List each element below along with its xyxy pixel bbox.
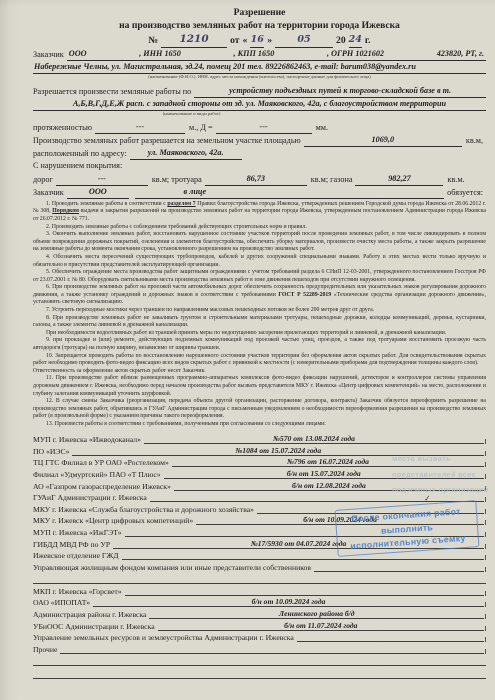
customer-kpp: , КПП 1650 <box>234 48 275 60</box>
item1-text3: выдачи и закрытия разрешений на производ… <box>33 208 486 222</box>
line-end-tick <box>484 532 486 537</box>
document-title-line1: Разрешение <box>33 7 486 20</box>
obligation-item-11: 11. При производстве работ вблизи размещ… <box>33 375 486 398</box>
approval-org-label: ТЦ ГТС Филиал в УР ОАО «Ростелеком» <box>33 458 172 467</box>
document-title-line2: на производство земляных работ на террит… <box>33 20 486 33</box>
address-value: ул. Маяковского, 42а. <box>130 147 242 160</box>
line-end-tick <box>484 591 486 596</box>
approval-org-label: ГИБДД МВД РФ по УР <box>33 540 113 549</box>
line-end-tick <box>484 626 486 631</box>
from-word: от <box>230 33 239 48</box>
address-line: расположенный по адресу: ул. Маяковского… <box>33 147 486 160</box>
approval-row: УБиООС Администрации г. Ижевскаб/н от 11… <box>33 619 486 631</box>
approval-row: МКП г. Ижевска «Горсвет» <box>33 584 486 596</box>
works-description-line2: А,Б,В,Г,Д,Е,Ж расп. с западной стороны о… <box>33 98 486 111</box>
length-label: протяженностью <box>33 122 95 134</box>
permit-year-value: 24 <box>349 32 362 48</box>
approval-org-label: Администрация района г. Ижевска <box>33 610 149 619</box>
obligation-item-13: 13. Произвести работы в соответствии с т… <box>33 421 486 429</box>
diameter-value: --- <box>216 121 312 134</box>
obligation-item-12: 12. В случае смены Заказчика (реорганиза… <box>33 398 486 421</box>
faint-stamp: место вызвать представителей всех подзем… <box>392 451 495 498</box>
handwritten-checkmark: ✓ <box>423 494 431 504</box>
obligation-in-person: в лице <box>135 186 255 199</box>
approval-row: Прочие <box>33 642 486 654</box>
line-end-tick <box>484 439 486 444</box>
approval-org-label: УБиООС Администрации г. Ижевска <box>33 622 158 631</box>
works-intro: Разрешается произвести земляные работы п… <box>33 86 194 98</box>
obligation-blank-fill <box>255 198 444 199</box>
faint-stamp-line2: представителей всех <box>392 467 495 483</box>
line-end-tick <box>484 509 486 514</box>
line-end-tick <box>484 614 486 619</box>
line-end-tick <box>484 520 486 525</box>
area-unit: кв.м, <box>462 135 486 147</box>
diameter-unit: мм. <box>312 122 331 134</box>
customer-inn: , ИНН 1650 <box>139 48 181 60</box>
address-label: расположенный по адресу: <box>33 148 130 160</box>
customer-line2: Набережные Челны, ул. Магистральная, зд.… <box>33 61 486 74</box>
ruled-line <box>33 654 486 667</box>
permit-month-value: 05 <box>275 32 333 48</box>
obligation-obliges: обязуется: <box>444 187 486 199</box>
approval-row: Управление земельных ресурсов и землеуст… <box>33 631 486 643</box>
approval-org-label: МКУ г. Ижевск «Центр цифровых компетенци… <box>33 516 196 525</box>
line-end-tick <box>484 555 486 560</box>
line-end-tick <box>484 544 486 549</box>
approval-org-label: МКП г. Ижевска «Горсвет» <box>33 587 125 596</box>
approval-row: Администрация района г. ИжевскаЛенинског… <box>33 607 486 619</box>
approval-value <box>314 571 484 572</box>
approval-value <box>122 559 485 560</box>
area-value: 1069,0 <box>304 134 462 147</box>
road-unit: кв.м; тротуара <box>148 174 205 186</box>
obligation-item-3: 3. Окончить выполнение земляных работ, в… <box>33 231 486 254</box>
approval-value: Ленинского района б/д <box>149 609 484 619</box>
approval-row: МУП г. Ижевска «Ижводоканал»№570 от 13.0… <box>33 433 486 445</box>
approval-org-label: ГУАиГ Администрации г. Ижевска <box>33 493 150 502</box>
sidewalk-value: 86,73 <box>205 173 307 186</box>
faint-stamp-line3: подземных организаций <box>392 482 495 498</box>
approval-org-label: ОАО «ИПОПАТ» <box>33 598 93 607</box>
length-line: протяженностью --- м., Д = --- мм. <box>33 121 486 134</box>
blue-stamp: После окончания работ выполнить исполнит… <box>335 500 480 557</box>
approval-org-label: АО «Газпром газораспределение Ижевск» <box>33 482 174 491</box>
approval-value <box>60 653 484 654</box>
line-end-tick <box>484 637 486 642</box>
approval-org-label: МУП г. Ижевска «ИжГЭТ» <box>33 528 125 537</box>
lawn-unit: кв.м. <box>443 174 467 186</box>
line-end-tick <box>484 649 486 654</box>
length-unit: м., Д = <box>185 122 216 134</box>
permit-number-line: № 1210 от «16» 05 2024 г. <box>33 32 486 48</box>
area-intro: Производство земляных работ разрешается … <box>33 135 304 147</box>
document-content: Разрешение на производство земляных рабо… <box>0 0 495 679</box>
approval-org-label: Управление земельных ресурсов и землеуст… <box>33 633 297 642</box>
customer-line1: Заказчик ООО , ИНН 1650 , КПП 1650 , ОГР… <box>33 48 486 61</box>
line-end-tick <box>484 497 486 502</box>
item1-bold1: разделом 7 <box>167 201 195 207</box>
sidewalk-unit: кв.м; газона <box>307 174 356 186</box>
customer-address-part1: 423820, РТ, г. <box>437 48 484 60</box>
faint-stamp-line1: место вызвать <box>392 451 495 467</box>
item6-bold1: ГОСТ Р 52289-2019 <box>278 292 331 298</box>
obligation-item-7: 7. Устроить переходные мостики через тра… <box>33 307 486 315</box>
customer-ogrn: , ОГРН 1021602 <box>327 48 384 60</box>
obligation-item-1: 1. Проводить земляные работы в соответст… <box>33 201 486 224</box>
works-description-row2: А,Б,В,Г,Д,Е,Ж расп. с западной стороны о… <box>33 98 486 111</box>
length-value: --- <box>95 121 185 134</box>
coating-header: С нарушением покрытия: <box>33 160 486 172</box>
customer-address-part2: Набережные Челны, ул. Магистральная, зд.… <box>33 61 486 74</box>
line-end-tick <box>484 602 486 607</box>
item1-bold2: Порядком <box>52 208 79 214</box>
year-century: 20 <box>336 33 346 48</box>
excavation-permit-document: Разрешение на производство земляных рабо… <box>0 0 495 700</box>
approval-row: ОАО «ИПОПАТ»б/н от 10.09.2024 года <box>33 596 486 608</box>
approval-value <box>150 501 484 502</box>
approval-org-label: Ижевское отделение ГЖД <box>33 551 122 560</box>
permit-number-value: 1210 <box>161 32 227 48</box>
number-label: № <box>148 33 158 48</box>
approval-org-label: Филиал «Удмуртский» ПАО «Т Плюс» <box>33 470 164 479</box>
approval-value: б/н от 11.07.2024 года <box>158 621 484 631</box>
obligations-list: 1. Проводить земляные работы в соответст… <box>33 201 486 429</box>
works-caption: (наименование и виды работ) <box>33 111 350 118</box>
obligation-item-6: 6. При производстве земляных работ на пр… <box>33 284 486 307</box>
year-suffix: г. <box>365 33 371 48</box>
obligation-item-5: 5. Обеспечить ограждение места производс… <box>33 269 486 284</box>
obligation-item-9: 9. при прокладке и (или) ремонте, действ… <box>33 337 486 352</box>
approval-org-label: МУП г. Ижевска «Ижводоканал» <box>33 435 144 444</box>
road-value: --- <box>56 173 148 186</box>
obligation-intro-line: Заказчик ООО в лице обязуется: <box>33 186 486 199</box>
ruled-line <box>33 572 486 585</box>
coating-line: дорог --- кв.м; тротуара 86,73 кв.м; газ… <box>33 173 486 186</box>
approval-value <box>125 595 484 596</box>
permit-day-value: 16 <box>250 32 264 48</box>
obligation-item-2: 2. Производить земляные работы с соблюде… <box>33 224 486 232</box>
works-intro-line: Разрешается произвести земляные работы п… <box>33 85 486 98</box>
ruled-line <box>33 666 486 679</box>
customer-label: Заказчик <box>33 49 67 61</box>
approval-org-label: МКУ г. Ижевска «Служба благоустройства и… <box>33 505 257 514</box>
approval-org-label: ПО «ИЭС» <box>33 447 72 456</box>
approval-value: б/н от 10.09.2024 года <box>93 597 484 607</box>
line-end-tick <box>484 567 486 572</box>
approval-value <box>297 641 484 642</box>
obligation-customer-label: Заказчик <box>33 187 67 199</box>
quote-open: « <box>242 33 247 48</box>
approval-row: Управляющая жилищным фондом компания или… <box>33 560 486 572</box>
approval-org-label: Прочие <box>33 645 60 654</box>
approval-org-label: Управляющая жилищным фондом компания или… <box>33 563 314 572</box>
customer-caption: (наименование (Ф.И.О.), ИНН, адрес места… <box>33 74 486 81</box>
approval-value: №570 от 13.08.2024 года <box>144 434 484 444</box>
customer-fill-line: ООО , ИНН 1650 , КПП 1650 , ОГРН 1021602… <box>67 48 486 61</box>
obligation-item-8: 8. При производстве земляных работ не за… <box>33 315 486 330</box>
obligation-item-4: 4. Обозначить места пересечений существу… <box>33 254 486 269</box>
item1-text1: 1. Проводить земляные работы в соответст… <box>46 201 167 207</box>
works-description-line1: устройству подъездных путей к торгово-ск… <box>194 85 486 98</box>
obligation-item-10: 10. Запрещается проводить работы по восс… <box>33 353 486 368</box>
area-line: Производство земляных работ разрешается … <box>33 134 486 147</box>
obligation-customer-value: ООО <box>67 186 129 199</box>
quote-close: » <box>267 33 272 48</box>
customer-name: ООО <box>69 48 87 60</box>
road-label: дорог <box>33 174 56 186</box>
lawn-value: 982,27 <box>355 173 443 186</box>
